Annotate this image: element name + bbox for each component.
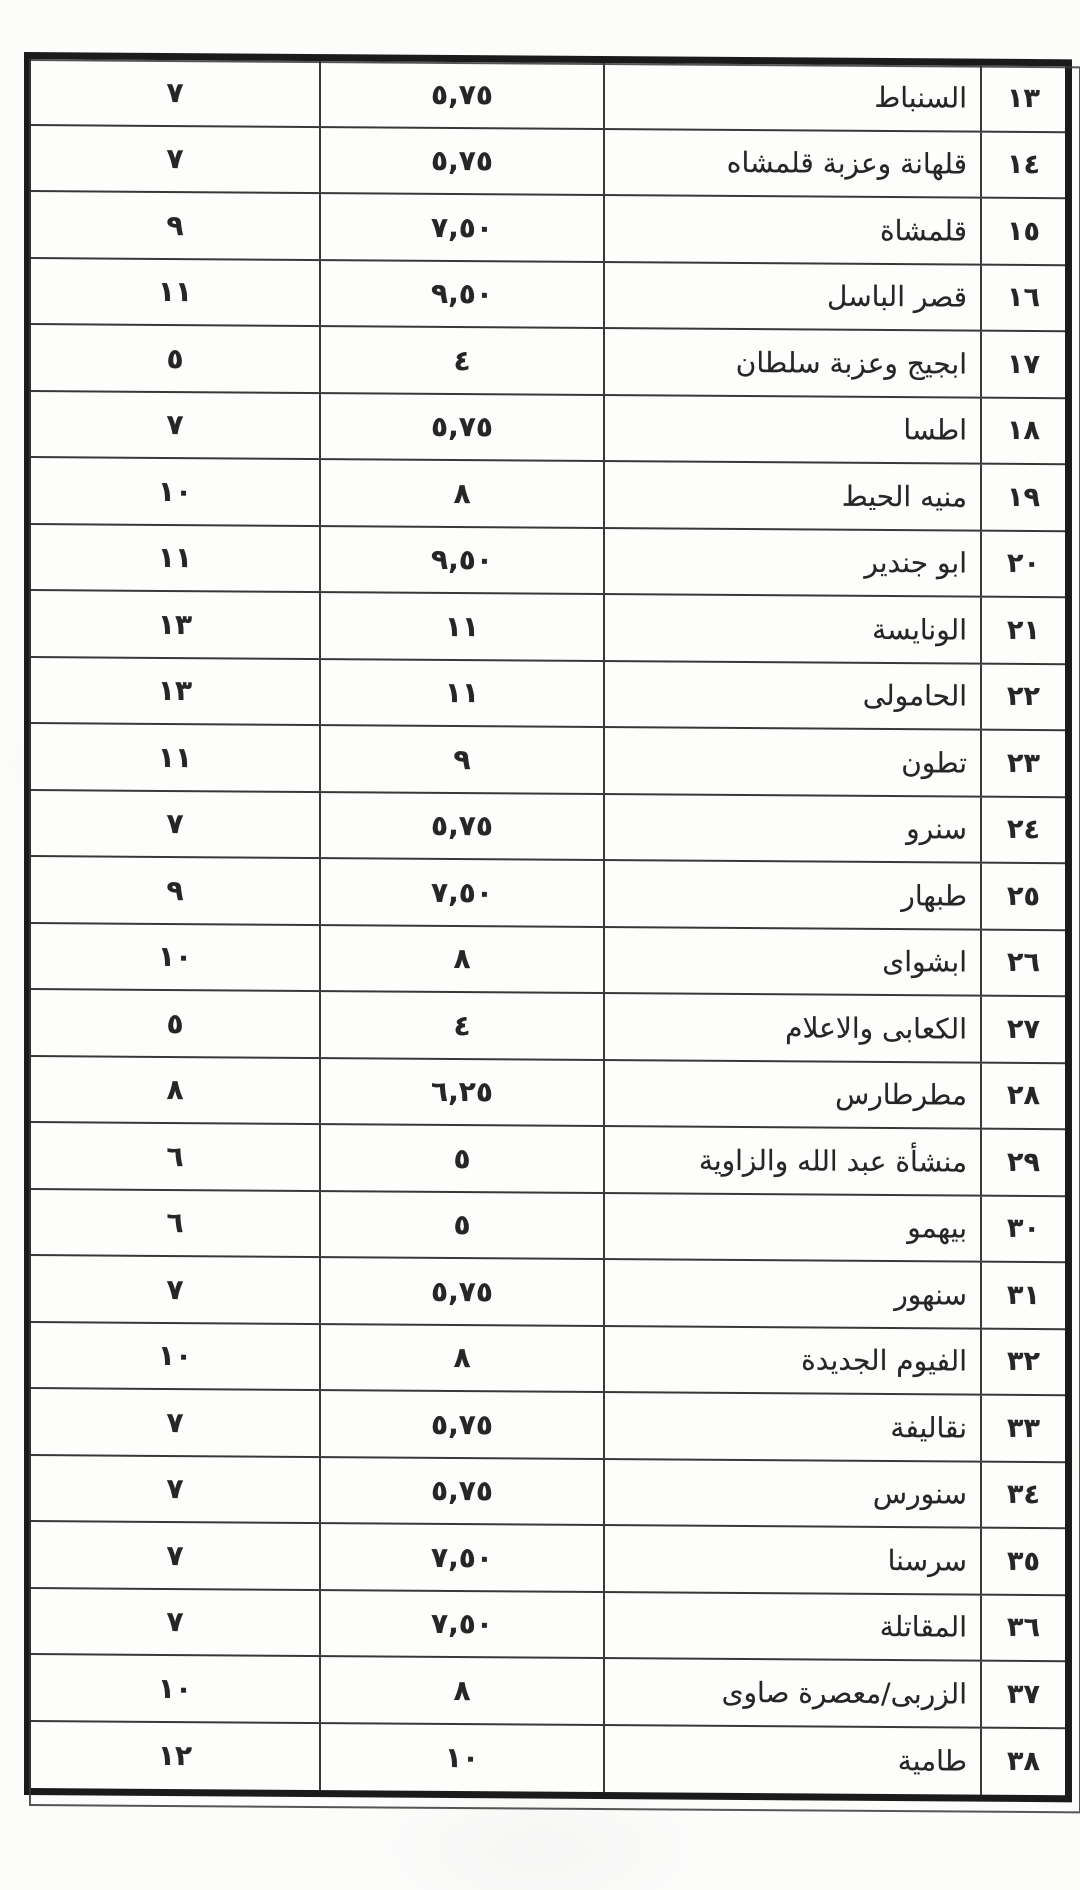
cell-village-name: سنهور: [605, 1260, 982, 1327]
cell-village-name: ابجيج وعزبة سلطان: [605, 329, 982, 396]
cell-value: ١٠: [31, 458, 321, 525]
cell-row-number: ٣٥: [982, 1529, 1065, 1594]
cell-price: ٩,٥٠: [321, 527, 605, 593]
cell-village-name: قصر الباسل: [605, 263, 982, 330]
cell-price: ٩: [321, 726, 605, 792]
cell-village-name: طامية: [605, 1726, 982, 1795]
cell-value: ٧: [31, 126, 321, 193]
table-row: ٣٦المقاتلة٧,٥٠٧: [31, 1589, 1065, 1663]
cell-price: ١١: [321, 593, 605, 659]
table-row: ٢٢الحامولى١١١٣: [31, 658, 1065, 732]
cell-row-number: ٢٦: [982, 930, 1065, 995]
cell-value: ٩: [31, 192, 321, 259]
cell-value: ٧: [31, 1389, 321, 1456]
cell-value: ١٠: [31, 1323, 321, 1390]
table-row: ٢١الونايسة١١١٣: [31, 591, 1065, 665]
table-row: ٢٩منشأة عبد الله والزاوية٥٦: [31, 1123, 1065, 1197]
cell-price: ٧,٥٠: [321, 859, 605, 925]
cell-row-number: ٣٦: [982, 1595, 1065, 1660]
cell-price: ٨: [321, 460, 605, 526]
table-outer-border: ١٣السنباط٥,٧٥٧١٤قلهانة وعزبة قلمشاه٥,٧٥٧…: [24, 52, 1072, 1802]
cell-village-name: الحامولى: [605, 662, 982, 729]
table-row: ٣٥سرسنا٧,٥٠٧: [31, 1522, 1065, 1596]
cell-row-number: ٢٣: [982, 731, 1065, 796]
cell-price: ٩,٥٠: [321, 261, 605, 327]
table-row: ٣٧الزربى/معصرة صاوى٨١٠: [31, 1655, 1065, 1729]
cell-value: ١٣: [31, 658, 321, 725]
cell-value: ٧: [31, 59, 321, 126]
cell-price: ٨: [321, 1657, 605, 1723]
cell-value: ١٠: [31, 924, 321, 991]
cell-price: ٥,٧٥: [321, 1458, 605, 1524]
cell-price: ٥,٧٥: [321, 61, 605, 127]
cell-row-number: ١٩: [982, 465, 1065, 530]
cell-row-number: ٢٠: [982, 531, 1065, 596]
cell-value: ٦: [31, 1123, 321, 1190]
cell-row-number: ٢٢: [982, 664, 1065, 729]
cell-village-name: الزربى/معصرة صاوى: [605, 1659, 982, 1726]
scanned-page: { "document": { "kind": "scanned-table-p…: [0, 0, 1080, 1890]
cell-village-name: قلمشاة: [605, 196, 982, 263]
table-row: ٢٠ابو جندير٩,٥٠١١: [31, 525, 1065, 599]
cell-price: ٨: [321, 926, 605, 992]
table-row: ٣٨طامية١٠١٢: [31, 1722, 1065, 1796]
cell-price: ٥,٧٥: [321, 1391, 605, 1457]
cell-price: ٧,٥٠: [321, 1591, 605, 1657]
cell-row-number: ٣٤: [982, 1462, 1065, 1527]
table-row: ٣٠بيهمو٥٦: [31, 1190, 1065, 1264]
cell-village-name: ابو جندير: [605, 529, 982, 596]
cell-price: ٧,٥٠: [321, 1524, 605, 1590]
cell-row-number: ١٣: [982, 66, 1065, 131]
cell-village-name: قلهانة وعزبة قلمشاه: [605, 130, 982, 197]
table-row: ١٧ابجيج وعزبة سلطان٤٥: [31, 325, 1065, 399]
cell-price: ٧,٥٠: [321, 194, 605, 260]
cell-value: ١١: [31, 525, 321, 592]
table-row: ٢٥طبهار٧,٥٠٩: [31, 857, 1065, 931]
cell-village-name: ابشواى: [605, 928, 982, 995]
cell-price: ٥,٧٥: [321, 1258, 605, 1324]
cell-value: ٥: [31, 990, 321, 1057]
cell-row-number: ٢٨: [982, 1063, 1065, 1128]
cell-price: ٥,٧٥: [321, 793, 605, 859]
cell-row-number: ٢٥: [982, 864, 1065, 929]
cell-row-number: ١٧: [982, 332, 1065, 397]
cell-village-name: تطون: [605, 728, 982, 795]
cell-village-name: السنباط: [605, 63, 982, 130]
cell-village-name: منيه الحيط: [605, 462, 982, 529]
cell-row-number: ٣٢: [982, 1329, 1065, 1394]
cell-row-number: ١٦: [982, 265, 1065, 330]
cell-row-number: ٢٤: [982, 797, 1065, 862]
table-row: ٣٤سنورس٥,٧٥٧: [31, 1456, 1065, 1530]
cell-village-name: سنورس: [605, 1460, 982, 1527]
cell-village-name: بيهمو: [605, 1194, 982, 1261]
table-row: ١٦قصر الباسل٩,٥٠١١: [31, 259, 1065, 333]
cell-value: ٦: [31, 1190, 321, 1257]
table-row: ٣١سنهور٥,٧٥٧: [31, 1256, 1065, 1330]
cell-row-number: ١٤: [982, 132, 1065, 197]
cell-village-name: سنرو: [605, 795, 982, 862]
cell-row-number: ٢٧: [982, 997, 1065, 1062]
cell-value: ٧: [31, 1589, 321, 1656]
cell-village-name: الونايسة: [605, 595, 982, 662]
cell-price: ٥,٧٥: [321, 394, 605, 460]
cell-price: ١١: [321, 660, 605, 726]
cell-village-name: اطسا: [605, 396, 982, 463]
cell-value: ١٠: [31, 1655, 321, 1722]
cell-value: ١١: [31, 724, 321, 791]
cell-village-name: المقاتلة: [605, 1593, 982, 1660]
cell-value: ٧: [31, 791, 321, 858]
cell-village-name: منشأة عبد الله والزاوية: [605, 1127, 982, 1194]
cell-value: ٧: [31, 1456, 321, 1523]
cell-village-name: طبهار: [605, 861, 982, 928]
table-row: ٢٧الكعابى والاعلام٤٥: [31, 990, 1065, 1064]
table-row: ٣٢الفيوم الجديدة٨١٠: [31, 1323, 1065, 1397]
cell-value: ٩: [31, 857, 321, 924]
cell-price: ١٠: [321, 1724, 605, 1792]
table-row: ٢٦ابشواى٨١٠: [31, 924, 1065, 998]
cell-value: ١١: [31, 259, 321, 326]
cell-village-name: الكعابى والاعلام: [605, 994, 982, 1061]
cell-village-name: سرسنا: [605, 1526, 982, 1593]
table-row: ١٥قلمشاة٧,٥٠٩: [31, 192, 1065, 266]
cell-row-number: ٣١: [982, 1263, 1065, 1328]
cell-village-name: مطرطارس: [605, 1061, 982, 1128]
table-row: ١٨اطسا٥,٧٥٧: [31, 392, 1065, 466]
cell-value: ٨: [31, 1057, 321, 1124]
cell-price: ٨: [321, 1325, 605, 1391]
cell-value: ١٣: [31, 591, 321, 658]
cell-row-number: ٣٧: [982, 1662, 1065, 1727]
cell-row-number: ٢١: [982, 598, 1065, 663]
cell-value: ٧: [31, 392, 321, 459]
table-row: ٢٣تطون٩١١: [31, 724, 1065, 798]
cell-value: ٧: [31, 1522, 321, 1589]
cell-price: ٤: [321, 992, 605, 1058]
cell-price: ٦,٢٥: [321, 1059, 605, 1125]
table-row: ٢٤سنرو٥,٧٥٧: [31, 791, 1065, 865]
cell-row-number: ٣٨: [982, 1728, 1065, 1795]
cell-price: ٥,٧٥: [321, 128, 605, 194]
cell-price: ٥: [321, 1125, 605, 1191]
cell-row-number: ١٨: [982, 398, 1065, 463]
table-row: ١٣السنباط٥,٧٥٧: [31, 59, 1065, 133]
cell-price: ٤: [321, 327, 605, 393]
table-row: ٢٨مطرطارس٦,٢٥٨: [31, 1057, 1065, 1131]
cell-village-name: الفيوم الجديدة: [605, 1327, 982, 1394]
table-row: ١٤قلهانة وعزبة قلمشاه٥,٧٥٧: [31, 126, 1065, 200]
cell-value: ١٢: [31, 1722, 321, 1791]
cell-row-number: ٣٠: [982, 1196, 1065, 1261]
cell-row-number: ٢٩: [982, 1130, 1065, 1195]
table-row: ٣٣نقاليفة٥,٧٥٧: [31, 1389, 1065, 1463]
cell-row-number: ٣٣: [982, 1396, 1065, 1461]
villages-table: ١٣السنباط٥,٧٥٧١٤قلهانة وعزبة قلمشاه٥,٧٥٧…: [31, 59, 1065, 1795]
cell-village-name: نقاليفة: [605, 1393, 982, 1460]
cell-value: ٧: [31, 1256, 321, 1323]
table-row: ١٩منيه الحيط٨١٠: [31, 458, 1065, 532]
cell-row-number: ١٥: [982, 199, 1065, 264]
cell-value: ٥: [31, 325, 321, 392]
cell-price: ٥: [321, 1192, 605, 1258]
